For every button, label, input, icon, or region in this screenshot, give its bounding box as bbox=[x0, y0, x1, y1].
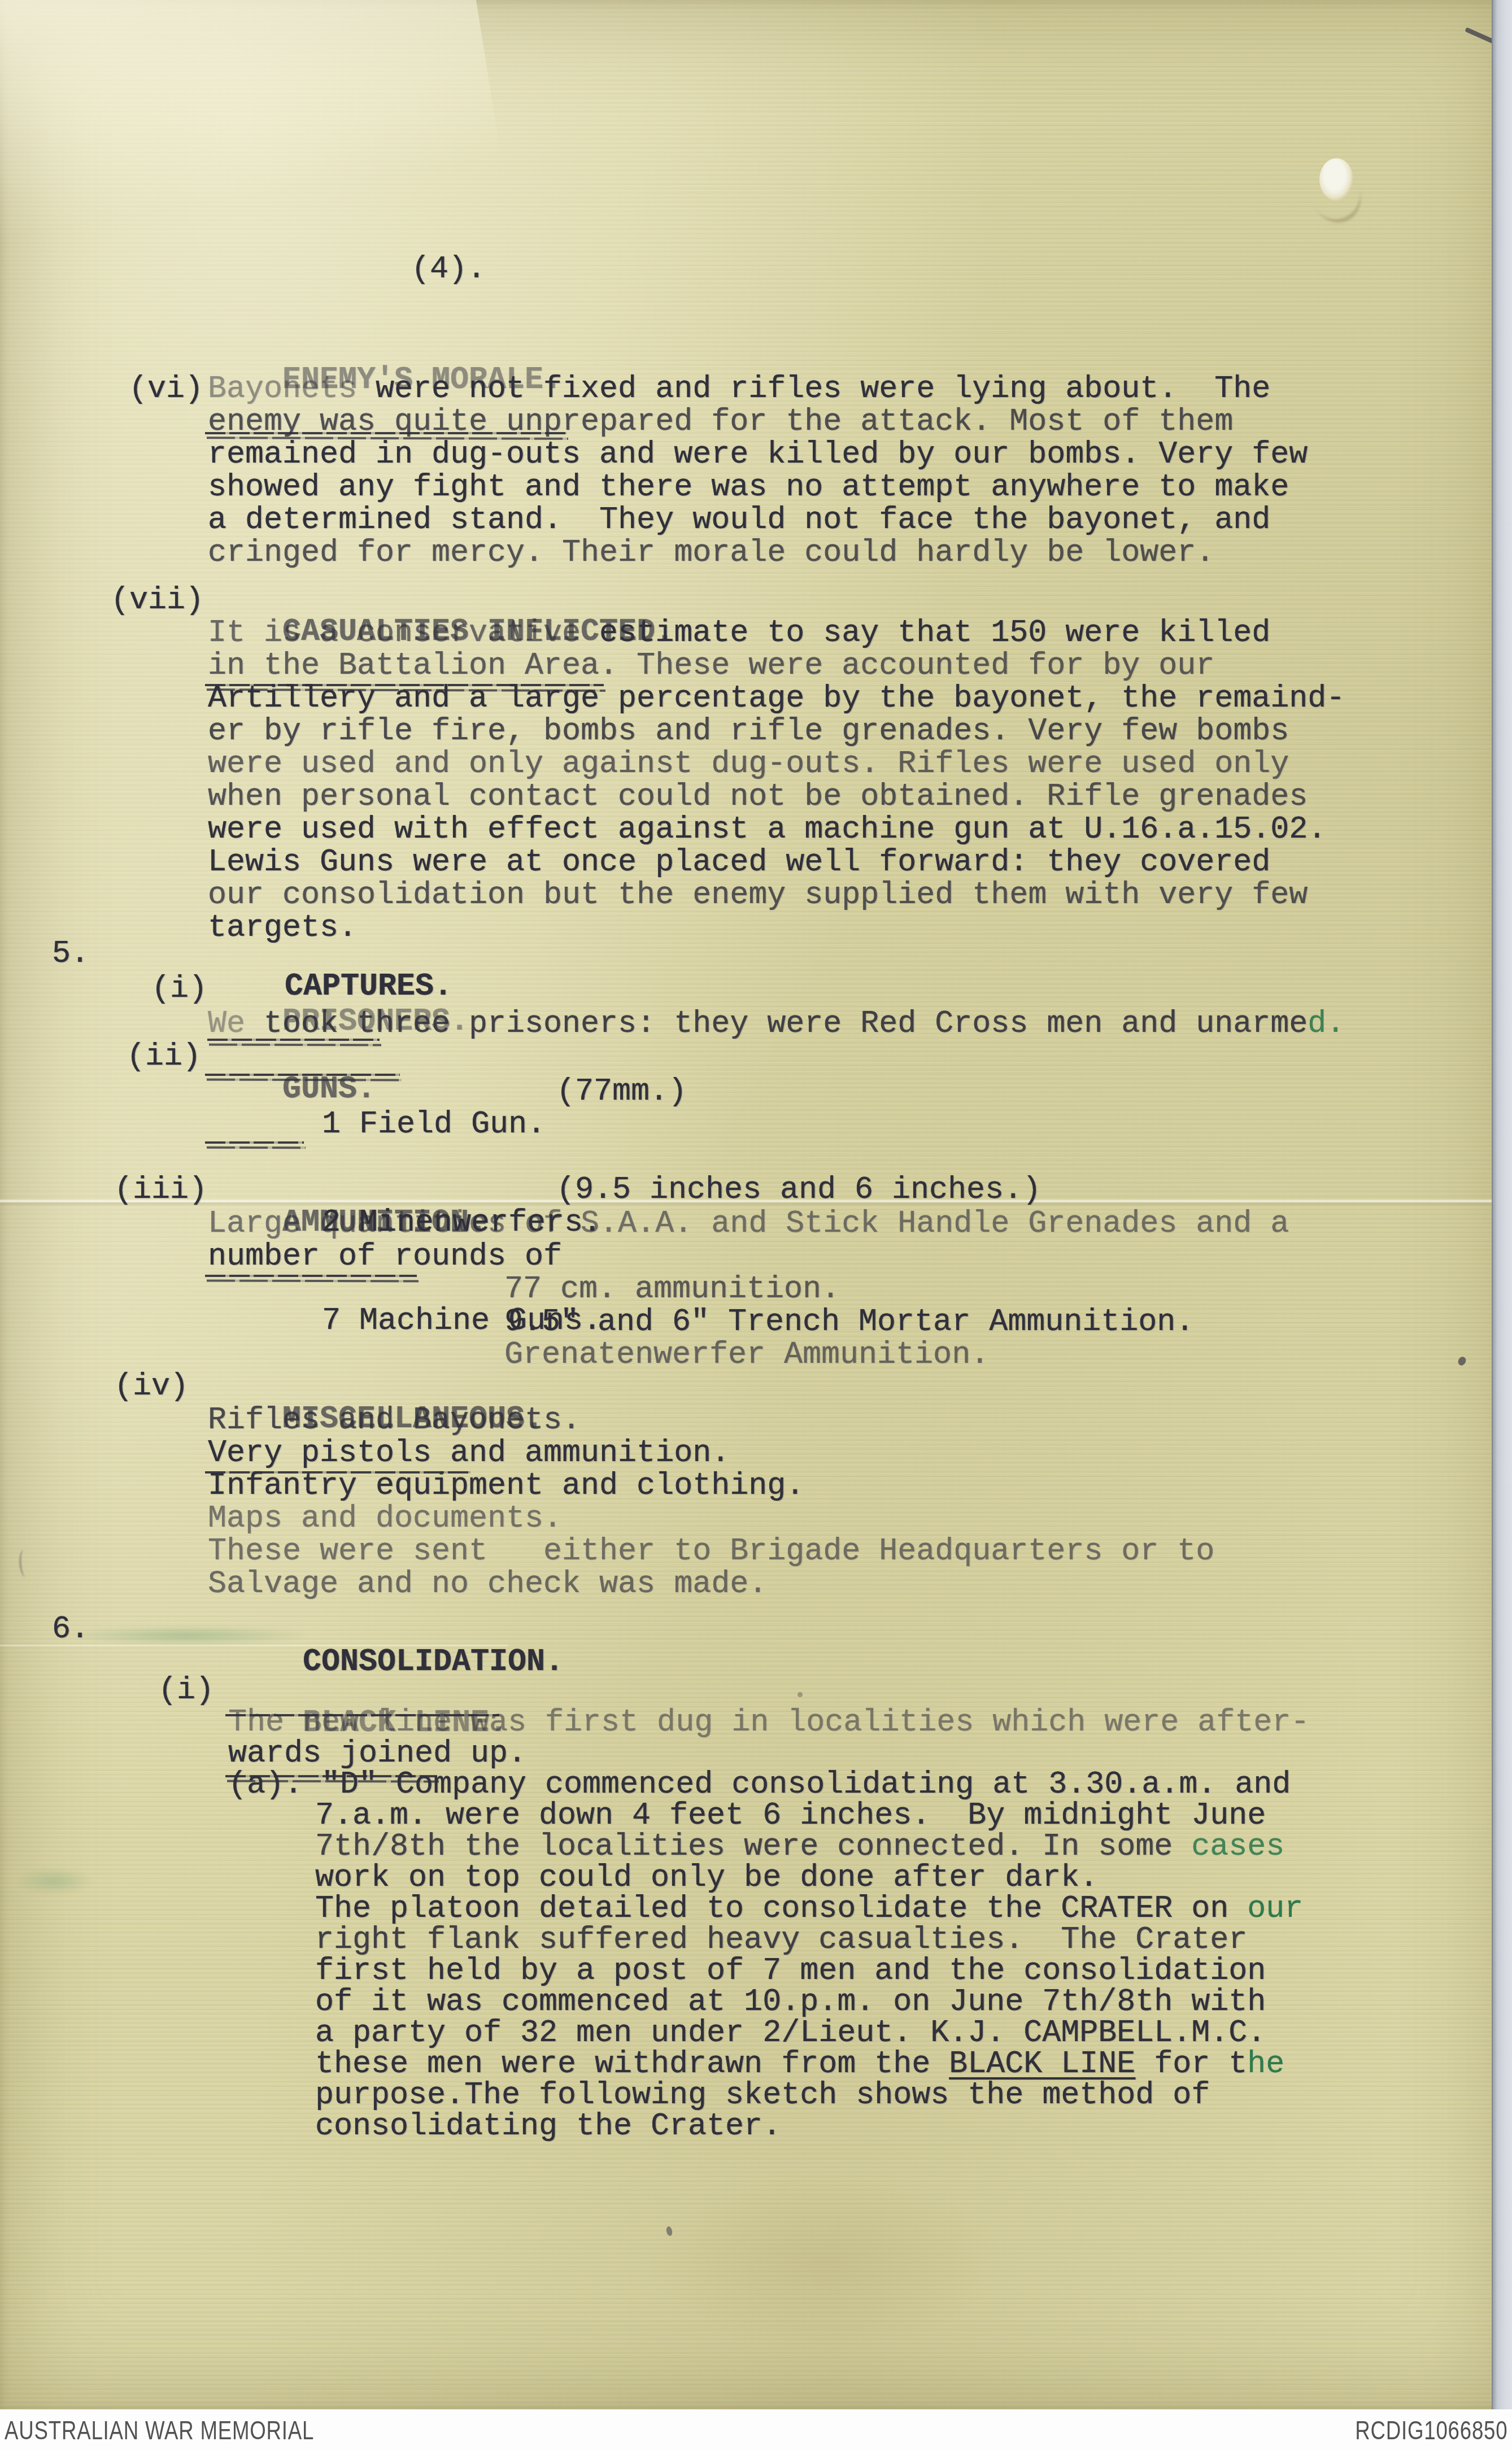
text-fragment: 7th/8th the localities were connected. I… bbox=[315, 1829, 1191, 1864]
text-line: were used and only against dug-outs. Rif… bbox=[208, 748, 1345, 781]
text-line: 77 cm. ammunition. bbox=[504, 1273, 1194, 1306]
document-scan-page: (4). ENEMY'S MORALE. (vi) Bayonets were … bbox=[0, 0, 1512, 2450]
gun-calibre-note: (9.5 inches and 6 inches.) bbox=[556, 1174, 1041, 1206]
text-line: The platoon detailed to consolidate the … bbox=[315, 1893, 1303, 1924]
text-line: purpose.The following sketch shows the m… bbox=[315, 2080, 1303, 2111]
paragraph-black-line-body: 7.a.m. were down 4 feet 6 inches. By mid… bbox=[315, 1800, 1303, 2142]
text-line: Maps and documents. bbox=[208, 1502, 1214, 1535]
text-line: Rifles and Bayonets. bbox=[208, 1404, 1214, 1437]
text-fragment: were not fixed and rifles were lying abo… bbox=[357, 371, 1270, 407]
archive-id: RCDIG1066850 bbox=[1355, 2414, 1507, 2445]
text-line: Grenatenwerfer Ammunition. bbox=[504, 1339, 1194, 1371]
text-line: a party of 32 men under 2/Lieut. K.J. CA… bbox=[315, 2017, 1303, 2048]
text-line: (a). "D" Company commenced consolidating… bbox=[228, 1769, 1309, 1800]
paragraph-casualties: It is a conservative estimate to say tha… bbox=[208, 617, 1345, 944]
text-line: Infantry equipment and clothing. bbox=[208, 1470, 1214, 1502]
ammunition-sublist: 77 cm. ammunition.9.5" and 6" Trench Mor… bbox=[504, 1273, 1194, 1371]
item-label-iv: (iv) bbox=[114, 1370, 189, 1403]
paragraph-black-line-intro: The new line was first dug in localities… bbox=[228, 1707, 1309, 1800]
text-line: our consolidation but the enemy supplied… bbox=[208, 879, 1345, 912]
text-line: 9.5" and 6" Trench Mortar Ammunition. bbox=[504, 1306, 1194, 1339]
text-line: These were sent either to Brigade Headqu… bbox=[208, 1535, 1214, 1568]
gun-calibre-note: (77mm.) bbox=[556, 1075, 687, 1108]
paragraph-enemy-morale: Bayonets were not fixed and rifles were … bbox=[208, 373, 1308, 569]
text-line: er by rifle fire, bombs and rifle grenad… bbox=[208, 715, 1345, 748]
text-line: The new line was first dug in localities… bbox=[228, 1707, 1309, 1738]
green-correction-text: our bbox=[1247, 1891, 1303, 1926]
item-label-i: (i) bbox=[151, 973, 207, 1005]
text-fragment: Bayonets bbox=[208, 371, 357, 407]
text-line: cringed for mercy. Their morale could ha… bbox=[208, 537, 1308, 569]
green-correction-text: he bbox=[1247, 2046, 1284, 2082]
text-fragment: for t bbox=[1135, 2046, 1247, 2082]
text-line: right flank suffered heavy casualties. T… bbox=[315, 1924, 1303, 1955]
text-line: were used with effect against a machine … bbox=[208, 813, 1345, 846]
gun-row: 1 Field Gun.(77mm.) bbox=[210, 1075, 602, 1174]
paragraph-prisoners: We took three prisoners: they were Red C… bbox=[208, 1008, 1345, 1040]
section-number-5: 5. bbox=[52, 938, 89, 970]
text-line: of it was commenced at 10.p.m. on June 7… bbox=[315, 1986, 1303, 2017]
item-label-black-i: (i) bbox=[158, 1674, 214, 1707]
text-fragment: BLACK LINE bbox=[949, 2046, 1135, 2082]
item-label-vi: (vi) bbox=[129, 373, 203, 406]
text-fragment: We bbox=[208, 1006, 245, 1041]
text-line: when personal contact could not be obtai… bbox=[208, 781, 1345, 813]
section-number-6: 6. bbox=[52, 1613, 89, 1646]
paragraph-miscellaneous: Rifles and Bayonets.Very pistols and amm… bbox=[208, 1404, 1214, 1601]
text-line: first held by a post of 7 men and the co… bbox=[315, 1955, 1303, 1986]
text-line: Artillery and a large percentage by the … bbox=[208, 682, 1345, 715]
item-label-ii: (ii) bbox=[127, 1040, 201, 1073]
text-fragment: It is a conservative bbox=[208, 615, 581, 651]
text-line: number of rounds of bbox=[208, 1240, 1289, 1273]
text-line: these men were withdrawn from the BLACK … bbox=[315, 2048, 1303, 2080]
text-line: It is a conservative estimate to say tha… bbox=[208, 617, 1345, 649]
text-fragment: these men were withdrawn from the bbox=[315, 2046, 949, 2082]
item-label-vii: (vii) bbox=[111, 584, 204, 617]
text-line: Bayonets were not fixed and rifles were … bbox=[208, 373, 1308, 406]
text-line: showed any fight and there was no attemp… bbox=[208, 471, 1308, 504]
text-line: Lewis Guns were at once placed well forw… bbox=[208, 846, 1345, 879]
text-line: in the Battalion Area. These were accoun… bbox=[208, 649, 1345, 682]
text-line: Large quantities of S.A.A. and Stick Han… bbox=[208, 1207, 1289, 1240]
paragraph-ammunition: Large quantities of S.A.A. and Stick Han… bbox=[208, 1207, 1289, 1273]
item-label-iii: (iii) bbox=[114, 1174, 207, 1206]
text-line: wards joined up. bbox=[228, 1738, 1309, 1769]
text-line: We took three prisoners: they were Red C… bbox=[208, 1008, 1345, 1040]
text-line: 7th/8th the localities were connected. I… bbox=[315, 1831, 1303, 1862]
text-line: Salvage and no check was made. bbox=[208, 1568, 1214, 1601]
green-correction-text: cases bbox=[1191, 1829, 1284, 1864]
green-correction-text: d. bbox=[1308, 1006, 1345, 1041]
text-line: a determined stand. They would not face … bbox=[208, 504, 1308, 537]
gun-item: 1 Field Gun. bbox=[322, 1106, 546, 1142]
text-fragment: estimate to say that 150 were killed bbox=[581, 615, 1270, 651]
footer-bar: AUSTRALIAN WAR MEMORIAL RCDIG1066850 bbox=[0, 2409, 1512, 2450]
text-line: remained in dug-outs and were killed by … bbox=[208, 438, 1308, 471]
archive-name: AUSTRALIAN WAR MEMORIAL bbox=[5, 2414, 314, 2445]
text-line: Very pistols and ammunition. bbox=[208, 1437, 1214, 1470]
text-line: consolidating the Crater. bbox=[315, 2111, 1303, 2142]
text-line: 7.a.m. were down 4 feet 6 inches. By mid… bbox=[315, 1800, 1303, 1831]
text-line: enemy was quite unprepared for the attac… bbox=[208, 406, 1308, 438]
text-fragment: The platoon detailed to consolidate the … bbox=[315, 1891, 1247, 1926]
text-line: work on top could only be done after dar… bbox=[315, 1862, 1303, 1893]
page-number: (4). bbox=[411, 253, 486, 286]
text-fragment: took three prisoners: they were Red Cros… bbox=[245, 1006, 1308, 1041]
